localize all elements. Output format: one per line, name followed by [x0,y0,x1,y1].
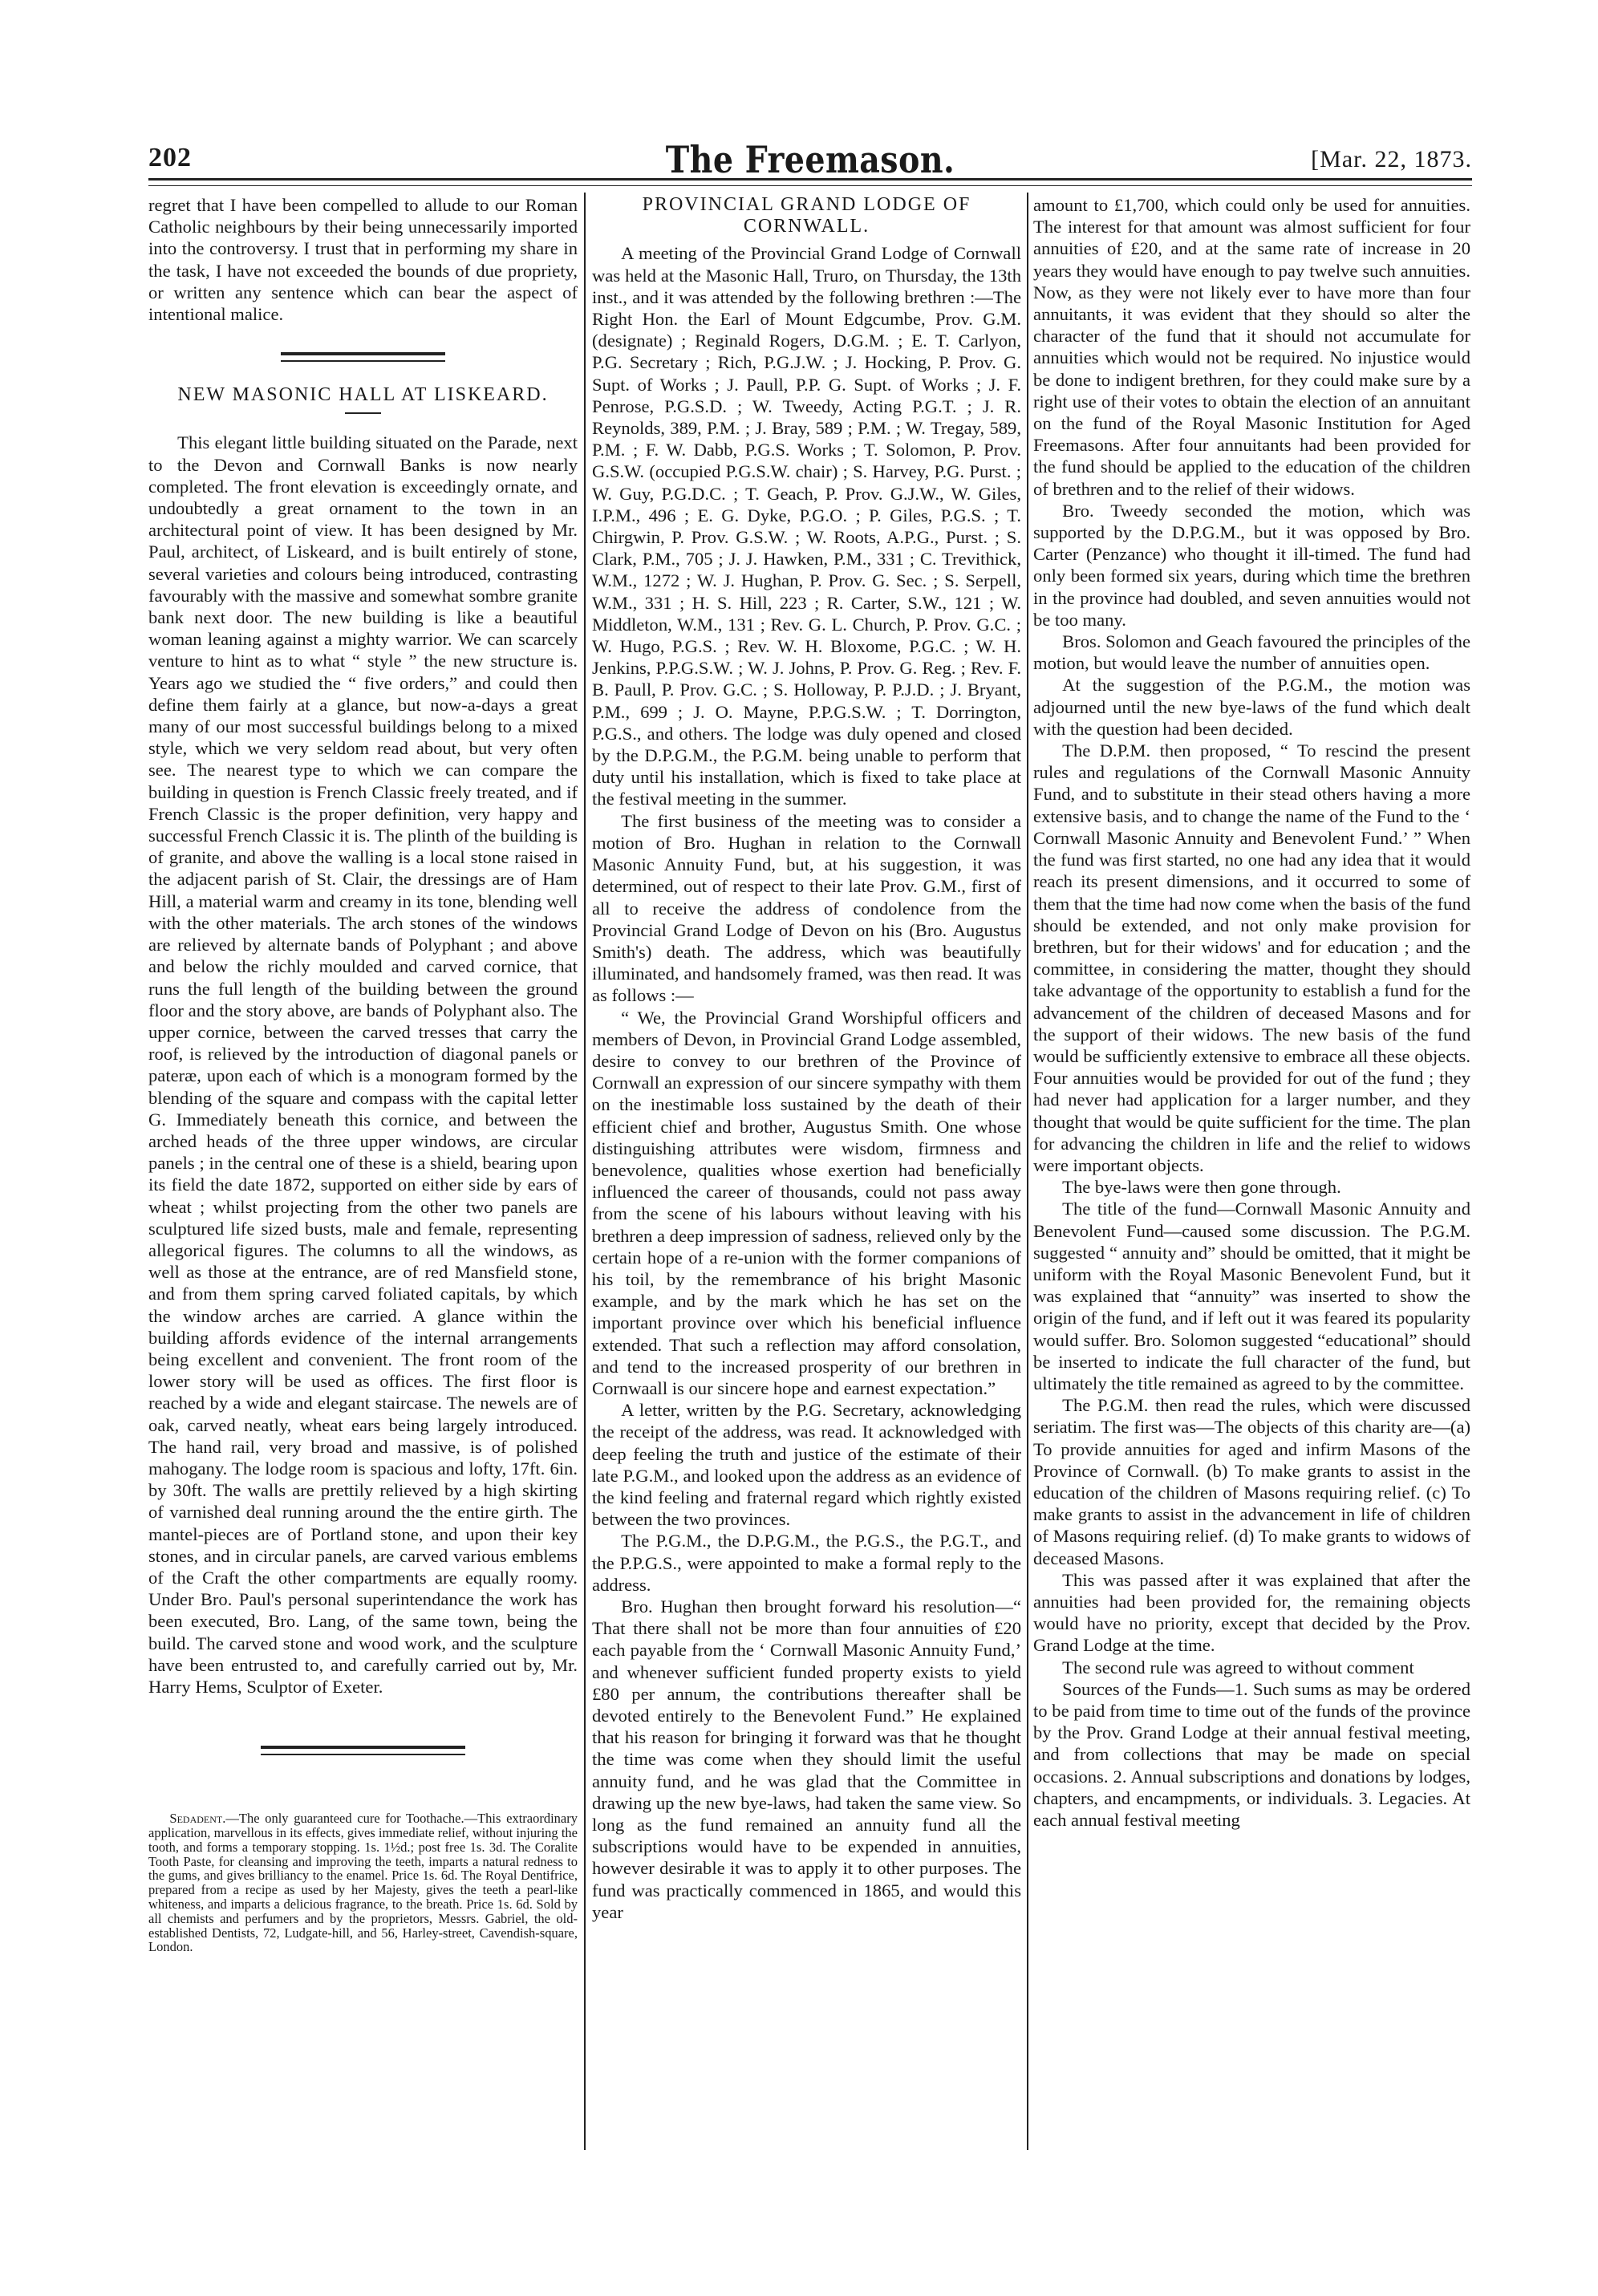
newspaper-page: 202 The Freemason. [Mar. 22, 1873. regre… [0,0,1598,2296]
paragraph-quoted-address: “ We, the Provincial Grand Worshipful of… [592,1007,1021,1400]
title-dash [345,412,381,414]
advert-lead: Sedadent. [169,1811,225,1826]
article-title-cornwall: PROVINCIAL GRAND LODGE OF CORNWALL. [592,194,1021,237]
advert-separator-rule [261,1746,465,1755]
article-body-liskeard: This elegant little building situated on… [148,432,578,1698]
masthead-title: The Freemason. [241,138,1380,181]
paragraph: The second rule was agreed to without co… [1033,1657,1470,1678]
header-double-rule [148,178,1472,186]
paragraph: Bro. Tweedy seconded the motion, which w… [1033,500,1470,631]
column-3: amount to £1,700, which could only be us… [1033,194,1470,1831]
paragraph: Bro. Hughan then brought forward his res… [592,1596,1021,1923]
paragraph: amount to £1,700, which could only be us… [1033,194,1470,500]
paragraph: The D.P.M. then proposed, “ To rescind t… [1033,740,1470,1176]
section-separator-rule [281,352,445,362]
paragraph: The P.G.M. then read the rules, which we… [1033,1394,1470,1569]
paragraph: Bros. Solomon and Geach favoured the pri… [1033,631,1470,674]
issue-date: [Mar. 22, 1873. [1311,146,1472,173]
page-header: 202 The Freemason. [Mar. 22, 1873. [148,138,1472,176]
column-1: regret that I have been compelled to all… [148,194,578,1954]
paragraph: At the suggestion of the P.G.M., the mot… [1033,674,1470,740]
article-title-liskeard: NEW MASONIC HALL AT LISKEARD. [148,384,578,406]
column-divider-2 [1027,193,1028,2150]
paragraph: The bye-laws were then gone through. [1033,1176,1470,1198]
page-number: 202 [148,143,192,173]
paragraph: The title of the fund—Cornwall Masonic A… [1033,1198,1470,1394]
paragraph: The P.G.M., the D.P.G.M., the P.G.S., th… [592,1530,1021,1596]
paragraph: Sources of the Funds—1. Such sums as may… [1033,1678,1470,1831]
paragraph: This was passed after it was explained t… [1033,1569,1470,1657]
column-divider-1 [584,193,586,2150]
paragraph: The first business of the meeting was to… [592,810,1021,1007]
advertisement-sedadent: Sedadent.—The only guaranteed cure for T… [148,1811,578,1954]
column-2: PROVINCIAL GRAND LODGE OF CORNWALL. A me… [592,194,1021,1923]
letter-continuation: regret that I have been compelled to all… [148,194,578,325]
advert-text: —The only guaranteed cure for Toothache.… [148,1811,578,1954]
paragraph: A letter, written by the P.G. Secretary,… [592,1399,1021,1530]
paragraph: A meeting of the Provincial Grand Lodge … [592,242,1021,809]
